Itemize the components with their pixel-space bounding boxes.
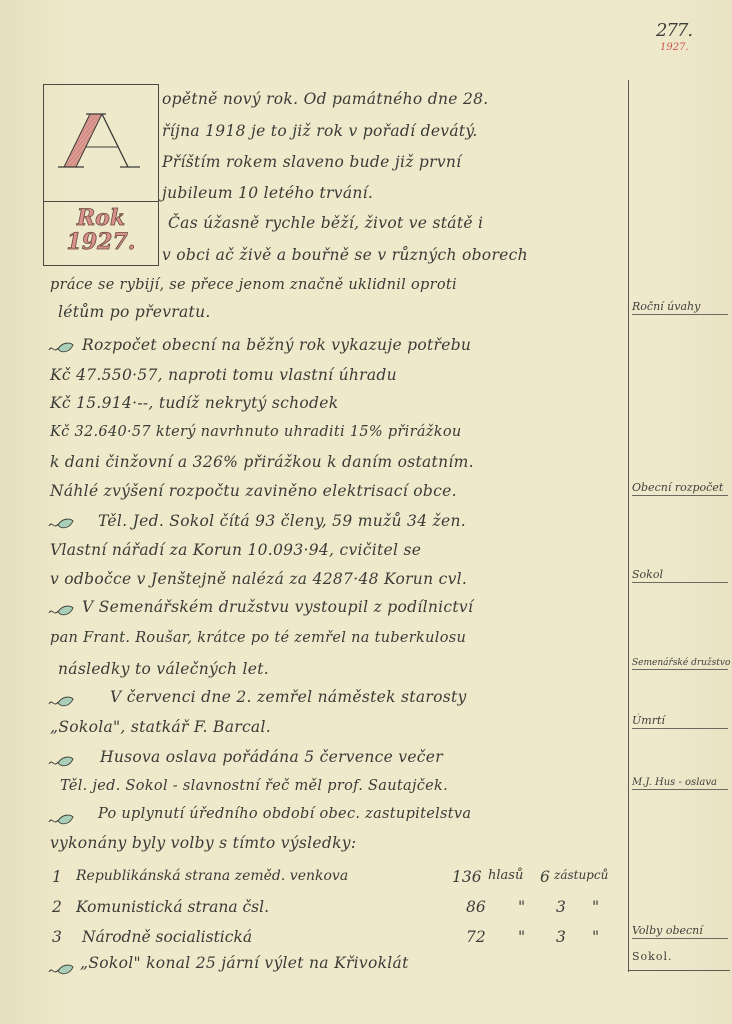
body-line: Kč 32.640·57 který navrhnuto uhraditi 15… [50, 424, 462, 440]
margin-note-elections: Volby obecní [632, 924, 728, 939]
seats: 6 [540, 868, 550, 886]
row-number: 3 [52, 928, 62, 946]
row-number: 1 [52, 868, 62, 886]
margin-column-rule [628, 80, 629, 972]
votes-unit: " [518, 928, 525, 946]
row-number: 2 [52, 898, 62, 916]
body-line: V červenci dne 2. zemřel náměstek staros… [110, 688, 467, 706]
margin-note-budget: Obecní rozpočet [632, 481, 728, 496]
initial-year-label: Rok 1927. [54, 206, 148, 254]
seats: 3 [556, 928, 566, 946]
leaf-ornament-icon [48, 516, 74, 532]
initial-1927: 1927. [54, 230, 148, 254]
body-line: opětně nový rok. Od památného dne 28. [162, 90, 489, 108]
body-line: Kč 15.914·--, tudíž nekrytý schodek [50, 394, 338, 412]
body-line: v obci ač živě a bouřně se v různých obo… [162, 246, 528, 264]
body-line: Vlastní nářadí za Korun 10.093·94, cviči… [50, 541, 421, 559]
body-line: létům po převratu. [58, 303, 211, 321]
margin-note-deaths: Úmrtí [632, 714, 728, 729]
body-line: pan Frant. Roušar, krátce po té zemřel n… [50, 630, 466, 646]
body-line: v odbočce v Jenštejně nalézá za 4287·48 … [50, 570, 467, 588]
body-line: V Semenářském družstvu vystoupil z podíl… [82, 598, 473, 616]
chronicle-page: 277. 1927. Rok 1927. Roční úvahy Obecní … [0, 0, 732, 1024]
page-number: 277. [656, 20, 692, 41]
initial-rok: Rok [54, 206, 148, 230]
leaf-ornament-icon [48, 754, 74, 770]
party-name: Republikánská strana zeměd. venkova [76, 868, 348, 884]
seats-unit: " [592, 928, 599, 946]
body-line: jubileum 10 letého trvání. [162, 184, 373, 202]
body-line: Husova oslava pořádána 5 července večer [100, 748, 443, 766]
body-line: Příštím rokem slaveno bude již první [162, 153, 461, 171]
initial-divider [43, 201, 159, 202]
margin-note-annual: Roční úvahy [632, 300, 728, 315]
leaf-ornament-icon [48, 962, 74, 978]
body-line: k dani činžovní a 326% přirážkou k daním… [50, 453, 474, 471]
margin-note-hus: M.J. Hus - oslava [632, 777, 728, 790]
seats: 3 [556, 898, 566, 916]
seats-unit: zástupců [554, 868, 608, 882]
votes: 136 [452, 868, 482, 886]
seats-unit: " [592, 898, 599, 916]
votes-unit: hlasů [488, 868, 523, 883]
body-line: vykonány byly volby s tímto výsledky: [50, 834, 356, 852]
body-line: Kč 47.550·57, naproti tomu vlastní úhrad… [50, 366, 397, 384]
year-stamp: 1927. [660, 42, 689, 53]
body-line: „Sokola", statkář F. Barcal. [50, 718, 271, 736]
body-line: práce se rybijí, se přece jenom značně u… [50, 277, 457, 293]
leaf-ornament-icon [48, 694, 74, 710]
body-line: Po uplynutí úředního období obec. zastup… [98, 806, 471, 822]
margin-note-sokol: Sokol [632, 568, 728, 583]
body-line: Náhlé zvýšení rozpočtu zaviněno elektris… [50, 482, 457, 500]
party-name: Komunistická strana čsl. [76, 898, 269, 916]
body-line: následky to válečných let. [58, 660, 269, 678]
body-line: Těl. Jed. Sokol čítá 93 členy, 59 mužů 3… [98, 512, 466, 530]
body-line: Čas úžasně rychle běží, život ve státě i [168, 214, 483, 232]
leaf-ornament-icon [48, 603, 74, 619]
votes: 86 [466, 898, 486, 916]
margin-column-bottom-rule [628, 970, 730, 971]
votes-unit: " [518, 898, 525, 916]
margin-note-seed-coop: Semenářské družstvo [632, 658, 728, 670]
decorated-initial-a [58, 105, 144, 180]
votes: 72 [466, 928, 486, 946]
leaf-ornament-icon [48, 812, 74, 828]
body-line: Rozpočet obecní na běžný rok vykazuje po… [82, 336, 471, 354]
body-line: října 1918 je to již rok v pořadí devátý… [162, 122, 478, 140]
body-last-entry: „Sokol" konal 25 jární výlet na Křivoklá… [80, 954, 409, 972]
party-name: Národně socialistická [82, 928, 252, 946]
leaf-ornament-icon [48, 340, 74, 356]
body-line: Těl. jed. Sokol - slavnostní řeč měl pro… [60, 778, 448, 794]
margin-note-sokol-2: Sokol. [632, 950, 728, 964]
